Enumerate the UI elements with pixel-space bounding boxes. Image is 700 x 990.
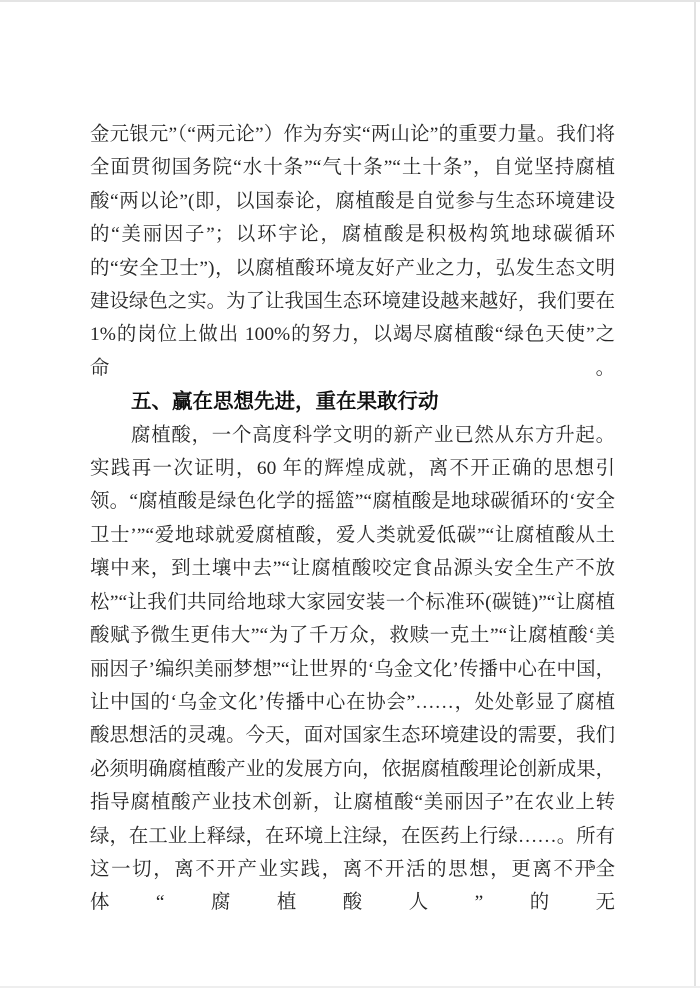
scan-edge-top	[0, 0, 700, 2]
page-number-dash-left: -	[579, 859, 589, 873]
section-heading: 五、赢在思想先进，重在果敢行动	[90, 385, 615, 418]
scan-edge-right	[694, 2, 696, 986]
paragraph-body: 腐植酸，一个高度科学文明的新产业已然从东方升起。实践再一次证明，60 年的辉煌成…	[90, 419, 615, 920]
page-number: 5	[589, 859, 596, 874]
scan-edge-bottom	[0, 986, 700, 988]
paragraph-continued: 金元银元”（“两元论”）作为夯实“两山论”的重要力量。我们将全面贯彻国务院“水十…	[90, 118, 615, 385]
page-number-dash-right: -	[596, 859, 606, 873]
text-block: 金元银元”（“两元论”）作为夯实“两山论”的重要力量。我们将全面贯彻国务院“水十…	[90, 118, 615, 920]
document-page: 金元银元”（“两元论”）作为夯实“两山论”的重要力量。我们将全面贯彻国务院“水十…	[0, 0, 700, 990]
page-footer: -5-	[552, 856, 632, 877]
